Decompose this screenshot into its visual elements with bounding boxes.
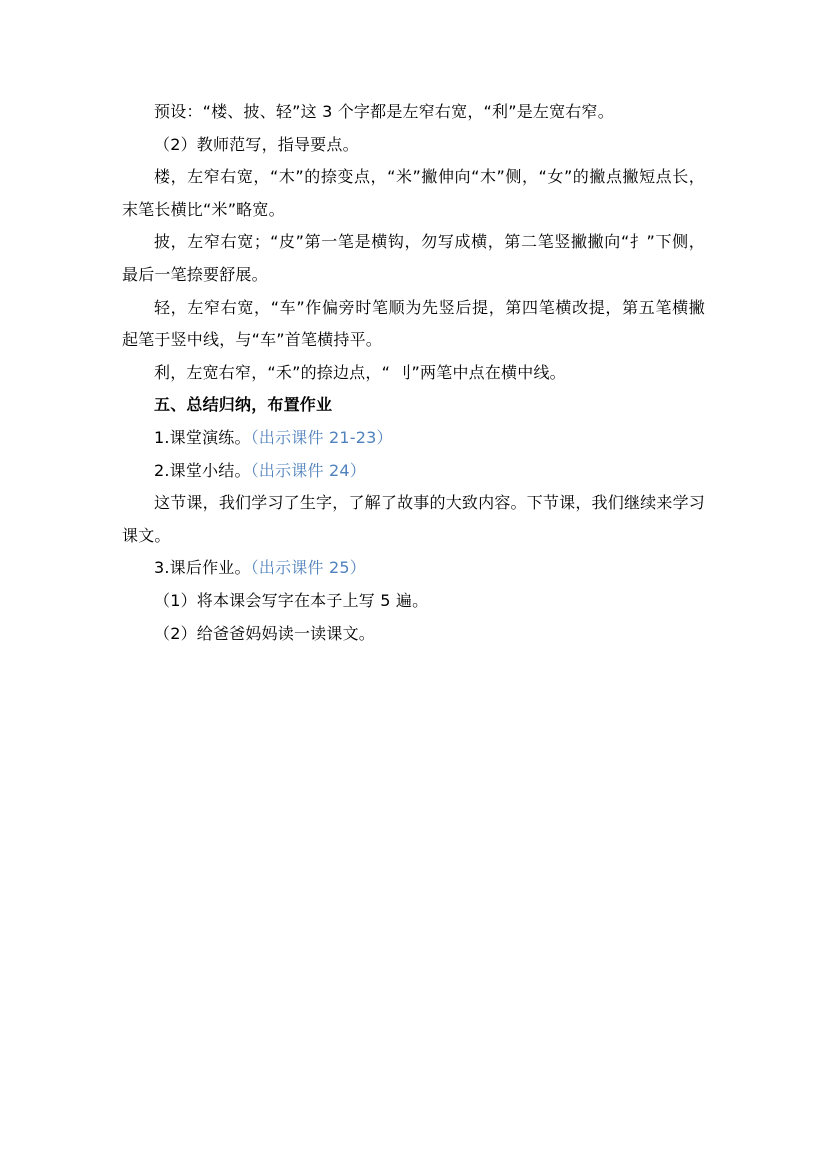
text-run: 3.课后作业。 — [154, 558, 251, 577]
paragraph: （1）将本课会写字在本子上写 5 遍。 — [122, 585, 705, 618]
paragraph: 这节课，我们学习了生字，了解了故事的大致内容。下节课，我们继续来学习课文。 — [122, 487, 705, 552]
courseware-reference: （出示课件 25） — [251, 558, 366, 577]
paragraph: 3.课后作业。（出示课件 25） — [122, 552, 705, 585]
text-run: （2）给爸爸妈妈读一读课文。 — [154, 624, 375, 643]
paragraph: （2）教师范写，指导要点。 — [122, 129, 705, 162]
text-run: 轻，左窄右宽，“车”作偏旁时笔顺为先竖后提，第四笔横改提，第五笔横撇起笔于竖中线… — [122, 298, 705, 350]
courseware-reference: （出示课件 21-23） — [251, 428, 393, 447]
paragraph: 披，左窄右宽；“皮”第一笔是横钩，勿写成横，第二笔竖撇撇向“扌”下侧，最后一笔捺… — [122, 226, 705, 291]
paragraph: 预设：“楼、披、轻”这 3 个字都是左窄右宽，“利”是左宽右窄。 — [122, 96, 705, 129]
text-run: （2）教师范写，指导要点。 — [154, 135, 359, 154]
document-page: 预设：“楼、披、轻”这 3 个字都是左窄右宽，“利”是左宽右窄。（2）教师范写，… — [0, 0, 827, 1170]
text-run: 1.课堂演练。 — [154, 428, 251, 447]
paragraph: （2）给爸爸妈妈读一读课文。 — [122, 618, 705, 651]
text-run: 五、总结归纳，布置作业 — [154, 395, 332, 414]
text-run: 利，左宽右窄，“禾”的捺边点，“ 刂”两笔中点在横中线。 — [154, 363, 566, 382]
paragraph: 2.课堂小结。（出示课件 24） — [122, 455, 705, 488]
text-run: 这节课，我们学习了生字，了解了故事的大致内容。下节课，我们继续来学习课文。 — [122, 493, 705, 545]
paragraph: 楼，左窄右宽，“木”的捺变点，“米”撇伸向“木”侧，“女”的撇点撇短点长，末笔长… — [122, 161, 705, 226]
text-run: 楼，左窄右宽，“木”的捺变点，“米”撇伸向“木”侧，“女”的撇点撇短点长，末笔长… — [122, 167, 705, 219]
section-heading: 五、总结归纳，布置作业 — [122, 389, 705, 422]
courseware-reference: （出示课件 24） — [251, 461, 366, 480]
text-run: （1）将本课会写字在本子上写 5 遍。 — [154, 591, 428, 610]
text-run: 披，左窄右宽；“皮”第一笔是横钩，勿写成横，第二笔竖撇撇向“扌”下侧，最后一笔捺… — [122, 232, 705, 284]
paragraph: 轻，左窄右宽，“车”作偏旁时笔顺为先竖后提，第四笔横改提，第五笔横撇起笔于竖中线… — [122, 292, 705, 357]
paragraph: 利，左宽右窄，“禾”的捺边点，“ 刂”两笔中点在横中线。 — [122, 357, 705, 390]
paragraph: 1.课堂演练。（出示课件 21-23） — [122, 422, 705, 455]
text-run: 预设：“楼、披、轻”这 3 个字都是左窄右宽，“利”是左宽右窄。 — [154, 102, 614, 121]
document-body: 预设：“楼、披、轻”这 3 个字都是左窄右宽，“利”是左宽右窄。（2）教师范写，… — [0, 0, 827, 650]
text-run: 2.课堂小结。 — [154, 461, 251, 480]
